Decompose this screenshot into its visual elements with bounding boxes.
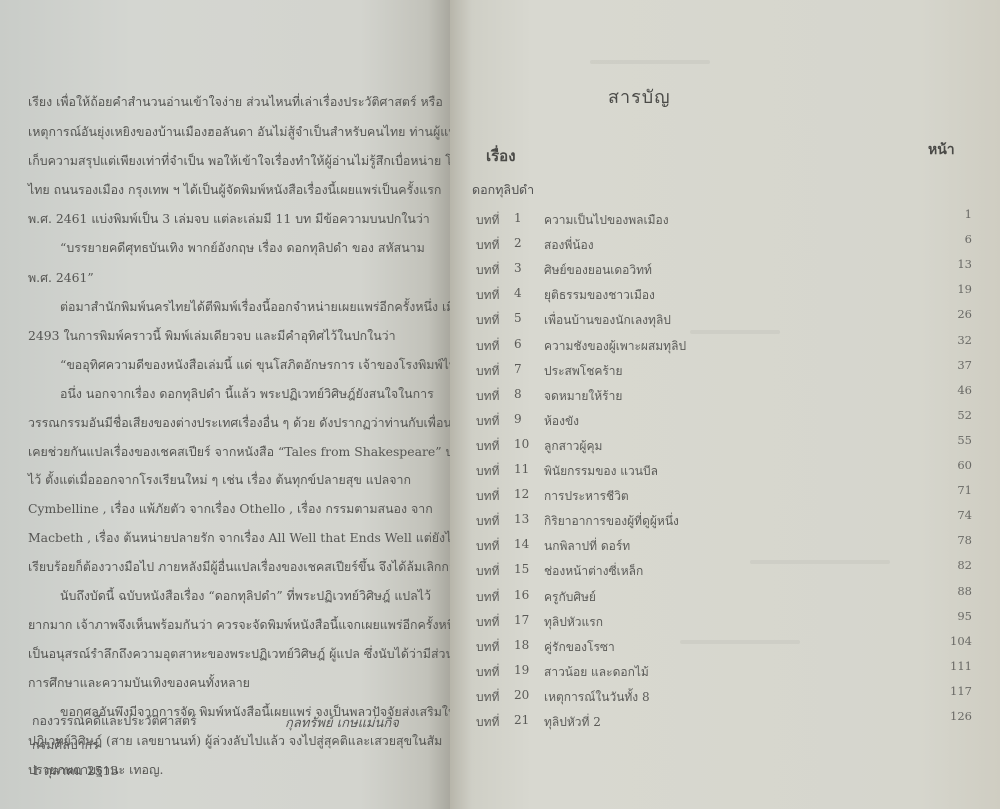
toc-entry: บทที่19สาวน้อย และดอกไม้111 (476, 663, 956, 681)
chapter-page-number: 6 (932, 232, 972, 246)
signature-office-line1: กองวรรณคดีและประวัติศาสตร์ (32, 712, 197, 731)
chapter-number: 14 (514, 537, 536, 551)
toc-entry: บทที่10ลูกสาวผู้คุม55 (476, 437, 956, 455)
chapter-number: 18 (514, 638, 536, 652)
chapter-number: 2 (514, 236, 536, 250)
chapter-number: 1 (514, 211, 536, 225)
chapter-label: บทที่ (476, 412, 499, 431)
toc-entry: บทที่2สองพี่น้อง6 (476, 236, 956, 254)
chapter-number: 15 (514, 562, 536, 576)
preface-line: “บรรยายคดีศุทธบันเทิง พากย์อังกฤษ เรื่อง… (60, 242, 425, 254)
toc-entry: บทที่21ทุลิปหัวที่ 2126 (476, 713, 956, 731)
chapter-title: ทุลิปหัวแรก (544, 613, 603, 632)
toc-entry: บทที่3ศิษย์ของยอนเดอวิทท์13 (476, 261, 956, 279)
chapter-title: ความเป็นไปของพลเมือง (544, 211, 669, 230)
chapter-title: สองพี่น้อง (544, 236, 594, 255)
preface-line: เป็นอนุสรณ์รำลึกถึงความอุตสาหะของพระปฏิเ… (28, 648, 450, 660)
chapter-title: นกพิลาปที่ ดอร์ท (544, 537, 630, 556)
preface-line: ยากมาก เจ้าภาพจึงเห็นพร้อมกันว่า ควรจะจั… (28, 619, 450, 631)
chapter-label: บทที่ (476, 211, 499, 230)
toc-entry: บทที่9ห้องขัง52 (476, 412, 956, 430)
chapter-label: บทที่ (476, 638, 499, 657)
chapter-page-number: 46 (932, 383, 972, 397)
chapter-number: 13 (514, 512, 536, 526)
preface-line: พ.ศ. 2461” (28, 272, 94, 284)
toc-entry: บทที่11พินัยกรรมของ แวนบีล60 (476, 462, 956, 480)
chapter-number: 8 (514, 387, 536, 401)
chapter-label: บทที่ (476, 562, 499, 581)
chapter-label: บทที่ (476, 311, 499, 330)
toc-entry: บทที่20เหตุการณ์ในวันทั้ง 8117 (476, 688, 956, 706)
chapter-title: พินัยกรรมของ แวนบีล (544, 462, 658, 481)
chapter-label: บทที่ (476, 713, 499, 732)
chapter-label: บทที่ (476, 261, 499, 280)
preface-line: เรียบร้อยก็ต้องวางมือไป ภายหลังมีผู้อื่น… (28, 561, 450, 573)
preface-line: ต่อมาสำนักพิมพ์นครไทยได้ตีพิมพ์เรื่องนี้… (60, 301, 450, 313)
chapter-number: 9 (514, 412, 536, 426)
chapter-page-number: 32 (932, 333, 972, 347)
chapter-number: 20 (514, 688, 536, 702)
chapter-title: ห้องขัง (544, 412, 579, 431)
preface-line: เก็บความสรุปแต่เพียงเท่าที่จำเป็น พอให้เ… (28, 155, 450, 167)
chapter-title: ทุลิปหัวที่ 2 (544, 713, 601, 732)
chapter-number: 7 (514, 362, 536, 376)
chapter-label: บทที่ (476, 387, 499, 406)
preface-line: พ.ศ. 2461 แบ่งพิมพ์เป็น 3 เล่มจบ แต่ละเล… (28, 213, 430, 225)
chapter-label: บทที่ (476, 362, 499, 381)
toc-entry: บทที่12การประหารชีวิต71 (476, 487, 956, 505)
chapter-title: ครูกับศิษย์ (544, 588, 596, 607)
preface-line: ไทย ถนนรองเมือง กรุงเทพ ฯ ได้เป็นผู้จัดพ… (28, 184, 441, 196)
chapter-label: บทที่ (476, 337, 499, 356)
toc-entry: บทที่13กิริยาอาการของผู้ที่ดูผู้หนึ่ง74 (476, 512, 956, 530)
chapter-page-number: 74 (932, 508, 972, 522)
chapter-title: ประสพโชคร้าย (544, 362, 623, 381)
toc-entry: บทที่4ยุติธรรมของชาวเมือง19 (476, 286, 956, 304)
chapter-title: สาวน้อย และดอกไม้ (544, 663, 649, 682)
chapter-page-number: 88 (932, 584, 972, 598)
toc-entry: บทที่1ความเป็นไปของพลเมือง1 (476, 211, 956, 229)
chapter-label: บทที่ (476, 663, 499, 682)
toc-title: สารบัญ (608, 82, 671, 111)
chapter-number: 12 (514, 487, 536, 501)
preface-line: “ขออุทิศความดีของหนังสือเล่มนี้ แด่ ขุนโ… (60, 359, 450, 371)
left-page: เรียง เพื่อให้ถ้อยคำสำนวนอ่านเข้าใจง่าย … (0, 0, 450, 809)
chapter-label: บทที่ (476, 537, 499, 556)
open-book-spread: เรียง เพื่อให้ถ้อยคำสำนวนอ่านเข้าใจง่าย … (0, 0, 1000, 809)
chapter-page-number: 117 (932, 684, 972, 698)
toc-entry: บทที่8จดหมายให้ร้าย46 (476, 387, 956, 405)
toc-entry: บทที่15ช่องหน้าต่างซี่เหล็ก82 (476, 562, 956, 580)
chapter-page-number: 37 (932, 358, 972, 372)
toc-entry: บทที่16ครูกับศิษย์88 (476, 588, 956, 606)
column-header-page: หน้า (928, 139, 955, 161)
chapter-number: 10 (514, 437, 536, 451)
chapter-label: บทที่ (476, 236, 499, 255)
chapter-title: ช่องหน้าต่างซี่เหล็ก (544, 562, 643, 581)
preface-line: วรรณกรรมอันมีชื่อเสียงของต่างประเทศเรื่อ… (28, 417, 450, 429)
preface-line: เหตุการณ์อันยุ่งเหยิงของบ้านเมืองฮอลันดา… (28, 126, 450, 138)
preface-line: เรียง เพื่อให้ถ้อยคำสำนวนอ่านเข้าใจง่าย … (28, 96, 443, 108)
chapter-title: ยุติธรรมของชาวเมือง (544, 286, 655, 305)
chapter-page-number: 104 (932, 634, 972, 648)
chapter-page-number: 1 (932, 207, 972, 221)
preface-line: 2493 ในการพิมพ์คราวนี้ พิมพ์เล่มเดียวจบ … (28, 330, 396, 342)
preface-line: ไว้ ตั้งแต่เมื่อออกจากโรงเรียนใหม่ ๆ เช่… (28, 474, 411, 486)
chapter-title: คู่รักของโรซา (544, 638, 615, 657)
chapter-label: บทที่ (476, 613, 499, 632)
chapter-label: บทที่ (476, 688, 499, 707)
chapter-number: 19 (514, 663, 536, 677)
preface-line: เคยช่วยกันแปลเรื่องของเชคสเปียร์ จากหนัง… (28, 446, 450, 458)
chapter-page-number: 19 (932, 282, 972, 296)
right-page-table-of-contents: สารบัญ เรื่อง หน้า ดอกทุลิปดำ บทที่1ความ… (450, 0, 1000, 809)
toc-entry: บทที่14นกพิลาปที่ ดอร์ท78 (476, 537, 956, 555)
preface-line: Cymbelline , เรื่อง แพ้ภัยตัว จากเรื่อง … (28, 503, 433, 515)
chapter-title: ความชังของผู้เพาะผสมทุลิป (544, 337, 686, 356)
toc-entry: บทที่17ทุลิปหัวแรก95 (476, 613, 956, 631)
preface-line: นับถึงบัดนี้ ฉบับหนังสือเรื่อง “ดอกทุลิป… (60, 590, 431, 602)
chapter-number: 21 (514, 713, 536, 727)
chapter-label: บทที่ (476, 462, 499, 481)
chapter-label: บทที่ (476, 286, 499, 305)
chapter-page-number: 78 (932, 533, 972, 547)
column-header-story: เรื่อง (486, 144, 516, 168)
chapter-number: 17 (514, 613, 536, 627)
preface-line: อนึ่ง นอกจากเรื่อง ดอกทุลิปดำ นี้แล้ว พร… (60, 388, 434, 400)
preface-line: การศึกษาและความบันเทิงของคนทั้งหลาย (28, 677, 250, 689)
signature-office-line2: กรมศิลปากร (32, 736, 99, 755)
chapter-number: 16 (514, 588, 536, 602)
chapter-number: 3 (514, 261, 536, 275)
chapter-title: จดหมายให้ร้าย (544, 387, 622, 406)
signature-name: กุลทรัพย์ เกษแม่นกิจ (285, 712, 399, 733)
chapter-label: บทที่ (476, 588, 499, 607)
chapter-number: 11 (514, 462, 536, 476)
chapter-page-number: 126 (932, 709, 972, 723)
chapter-number: 6 (514, 337, 536, 351)
toc-entry: บทที่7ประสพโชคร้าย37 (476, 362, 956, 380)
chapter-page-number: 55 (932, 433, 972, 447)
chapter-title: ลูกสาวผู้คุม (544, 437, 602, 456)
chapter-page-number: 111 (932, 659, 972, 673)
chapter-page-number: 52 (932, 408, 972, 422)
chapter-title: กิริยาอาการของผู้ที่ดูผู้หนึ่ง (544, 512, 679, 531)
chapter-label: บทที่ (476, 437, 499, 456)
chapter-page-number: 95 (932, 609, 972, 623)
chapter-page-number: 60 (932, 458, 972, 472)
toc-entry: บทที่5เพื่อนบ้านของนักเลงทุลิป26 (476, 311, 956, 329)
toc-section-heading: ดอกทุลิปดำ (472, 180, 534, 200)
chapter-title: ศิษย์ของยอนเดอวิทท์ (544, 261, 652, 280)
chapter-title: เหตุการณ์ในวันทั้ง 8 (544, 688, 650, 707)
toc-entry: บทที่18คู่รักของโรซา104 (476, 638, 956, 656)
chapter-page-number: 26 (932, 307, 972, 321)
chapter-label: บทที่ (476, 512, 499, 531)
toc-entry: บทที่6ความชังของผู้เพาะผสมทุลิป32 (476, 337, 956, 355)
preface-line: Macbeth , เรื่อง ต้นหน่ายปลายรัก จากเรื่… (28, 532, 450, 544)
chapter-title: การประหารชีวิต (544, 487, 629, 506)
chapter-number: 5 (514, 311, 536, 325)
chapter-page-number: 71 (932, 483, 972, 497)
chapter-label: บทที่ (476, 487, 499, 506)
signature-date: 1 ตุลาคม 2513 (32, 762, 118, 781)
chapter-page-number: 13 (932, 257, 972, 271)
chapter-title: เพื่อนบ้านของนักเลงทุลิป (544, 311, 671, 330)
chapter-number: 4 (514, 286, 536, 300)
chapter-page-number: 82 (932, 558, 972, 572)
